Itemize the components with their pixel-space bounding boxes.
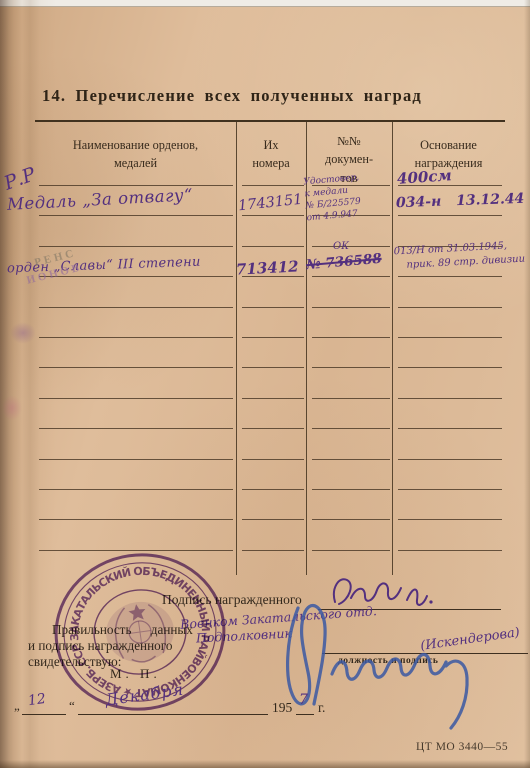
table-rule [312,307,390,308]
table-rule [39,459,233,460]
header-award-name: Наименование орденов, медалей [35,136,236,173]
table-rule [398,489,502,490]
basis-note: 400см [396,166,452,188]
scan-top-edge [0,0,530,7]
award2-documents-note: ОК [333,241,349,252]
table-rule [39,398,233,399]
table-rule [39,337,233,338]
table-rule [312,337,390,338]
ink-smudge [10,322,36,344]
document-page: 14. Перечисление всех полученных наград … [0,0,530,768]
date-year-line [296,714,314,715]
table-rule [39,246,233,247]
table-rule [398,459,502,460]
table-rule [398,550,502,551]
table-rule [242,215,304,216]
table-rule [242,367,304,368]
table-rule [398,307,502,308]
table-rule [39,519,233,520]
date-suffix: г. [318,700,325,716]
table-rule [398,276,502,277]
table-rule [398,519,502,520]
table-rule [39,489,233,490]
column-divider [392,122,393,575]
column-divider [236,122,237,575]
form-code: ЦТ МО 3440—55 [416,741,508,753]
table-rule [242,246,304,247]
table-rule [312,459,390,460]
table-rule [39,428,233,429]
table-rule [312,489,390,490]
scan-bottom-edge [0,760,530,768]
table-rule [39,307,233,308]
section-title: 14. Перечисление всех полученных наград [42,86,422,106]
table-rule [242,550,304,551]
award2-number: 713412 [236,257,299,278]
table-rule [242,428,304,429]
table-rule [242,519,304,520]
table-rule [312,276,390,277]
ink-smudge [2,395,22,421]
table-rule [312,550,390,551]
date-day: 12 [27,691,47,709]
date-year-digit: 7 [299,692,308,708]
table-rule [312,398,390,399]
table-rule [242,185,304,186]
table-rule [39,185,233,186]
date-close-quote: “ [69,698,75,714]
award2-basis: 013/Н от 31.03.1945, прик. 89 стр. дивиз… [393,239,525,273]
table-rule [39,215,233,216]
date-month-line [78,714,268,715]
table-rule [39,367,233,368]
table-rule [398,428,502,429]
table-rule [312,367,390,368]
award1-basis: 034-н 13.12.44 [396,191,525,211]
table-rule [398,367,502,368]
date-open-quote: „ [14,698,20,714]
table-rule [398,337,502,338]
award1-documents: Удостовер, к медали № Б/225579 от 4.9.94… [303,172,363,225]
table-rule [312,519,390,520]
table-rule [242,489,304,490]
table-rule [242,337,304,338]
date-day-line [22,714,66,715]
table-rule [242,398,304,399]
table-rule [398,398,502,399]
table-rule [312,246,390,247]
table-rule [242,307,304,308]
date-year-printed: 195 [272,700,292,716]
table-rule [398,215,502,216]
header-award-number: Их номера [236,136,306,173]
table-rule [242,459,304,460]
awards-table: Наименование орденов, медалей Их номера … [35,120,505,575]
table-rule [312,428,390,429]
commissar-signature [278,596,528,731]
